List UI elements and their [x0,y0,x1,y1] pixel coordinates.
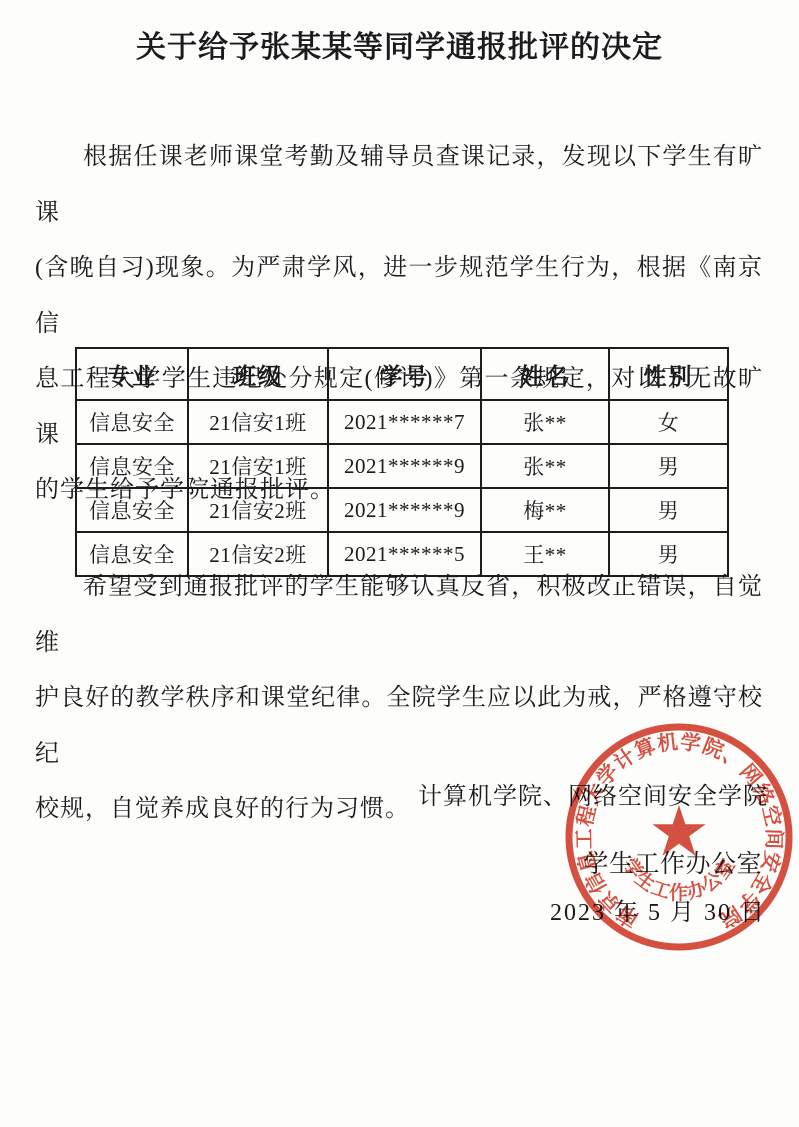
table-row: 信息安全 21信安1班 2021******9 张** 男 [76,444,728,488]
seal-bottom-text: 学生工作办公室 [618,854,740,904]
svg-text:学生工作办公室: 学生工作办公室 [618,854,740,904]
table-cell: 张** [481,444,609,488]
table-cell: 男 [609,488,728,532]
table-cell: 梅** [481,488,609,532]
table-cell: 信息安全 [76,444,188,488]
table-row: 信息安全 21信安1班 2021******7 张** 女 [76,400,728,444]
table-cell: 2021******9 [328,444,481,488]
table-cell: 21信安2班 [188,488,328,532]
document-title: 关于给予张某某等同学通报批评的决定 [0,22,799,66]
paragraph-line: (含晚自习)现象。为严肃学风，进一步规范学生行为，根据《南京信 [35,241,763,352]
paragraph-line: 希望受到通报批评的学生能够认真反省，积极改正错误，自觉维 [35,560,763,671]
table-cell: 21信安1班 [188,444,328,488]
table-cell: 21信安1班 [188,400,328,444]
table-cell: 2021******9 [328,488,481,532]
table-cell: 男 [609,444,728,488]
table-header-row: 专业 班级 学号 姓名 性别 [76,348,728,400]
star-icon [652,805,705,856]
table-cell: 信息安全 [76,488,188,532]
paragraph-line: 根据任课老师课堂考勤及辅导员查课记录，发现以下学生有旷课 [35,130,763,241]
table-header-cell: 学号 [328,348,481,400]
table-cell: 信息安全 [76,400,188,444]
table-cell: 女 [609,400,728,444]
official-seal: 南京信息工程大学计算机学院、网络空间安全学院 学生工作办公室 [559,717,799,957]
students-table: 专业 班级 学号 姓名 性别 信息安全 21信安1班 2021******7 张… [75,347,729,577]
document-page: 关于给予张某某等同学通报批评的决定 根据任课老师课堂考勤及辅导员查课记录，发现以… [0,0,799,1127]
table-header-cell: 班级 [188,348,328,400]
table-cell: 2021******7 [328,400,481,444]
table-header-cell: 性别 [609,348,728,400]
table-header-cell: 姓名 [481,348,609,400]
table-row: 信息安全 21信安2班 2021******9 梅** 男 [76,488,728,532]
table-cell: 张** [481,400,609,444]
table-header-cell: 专业 [76,348,188,400]
